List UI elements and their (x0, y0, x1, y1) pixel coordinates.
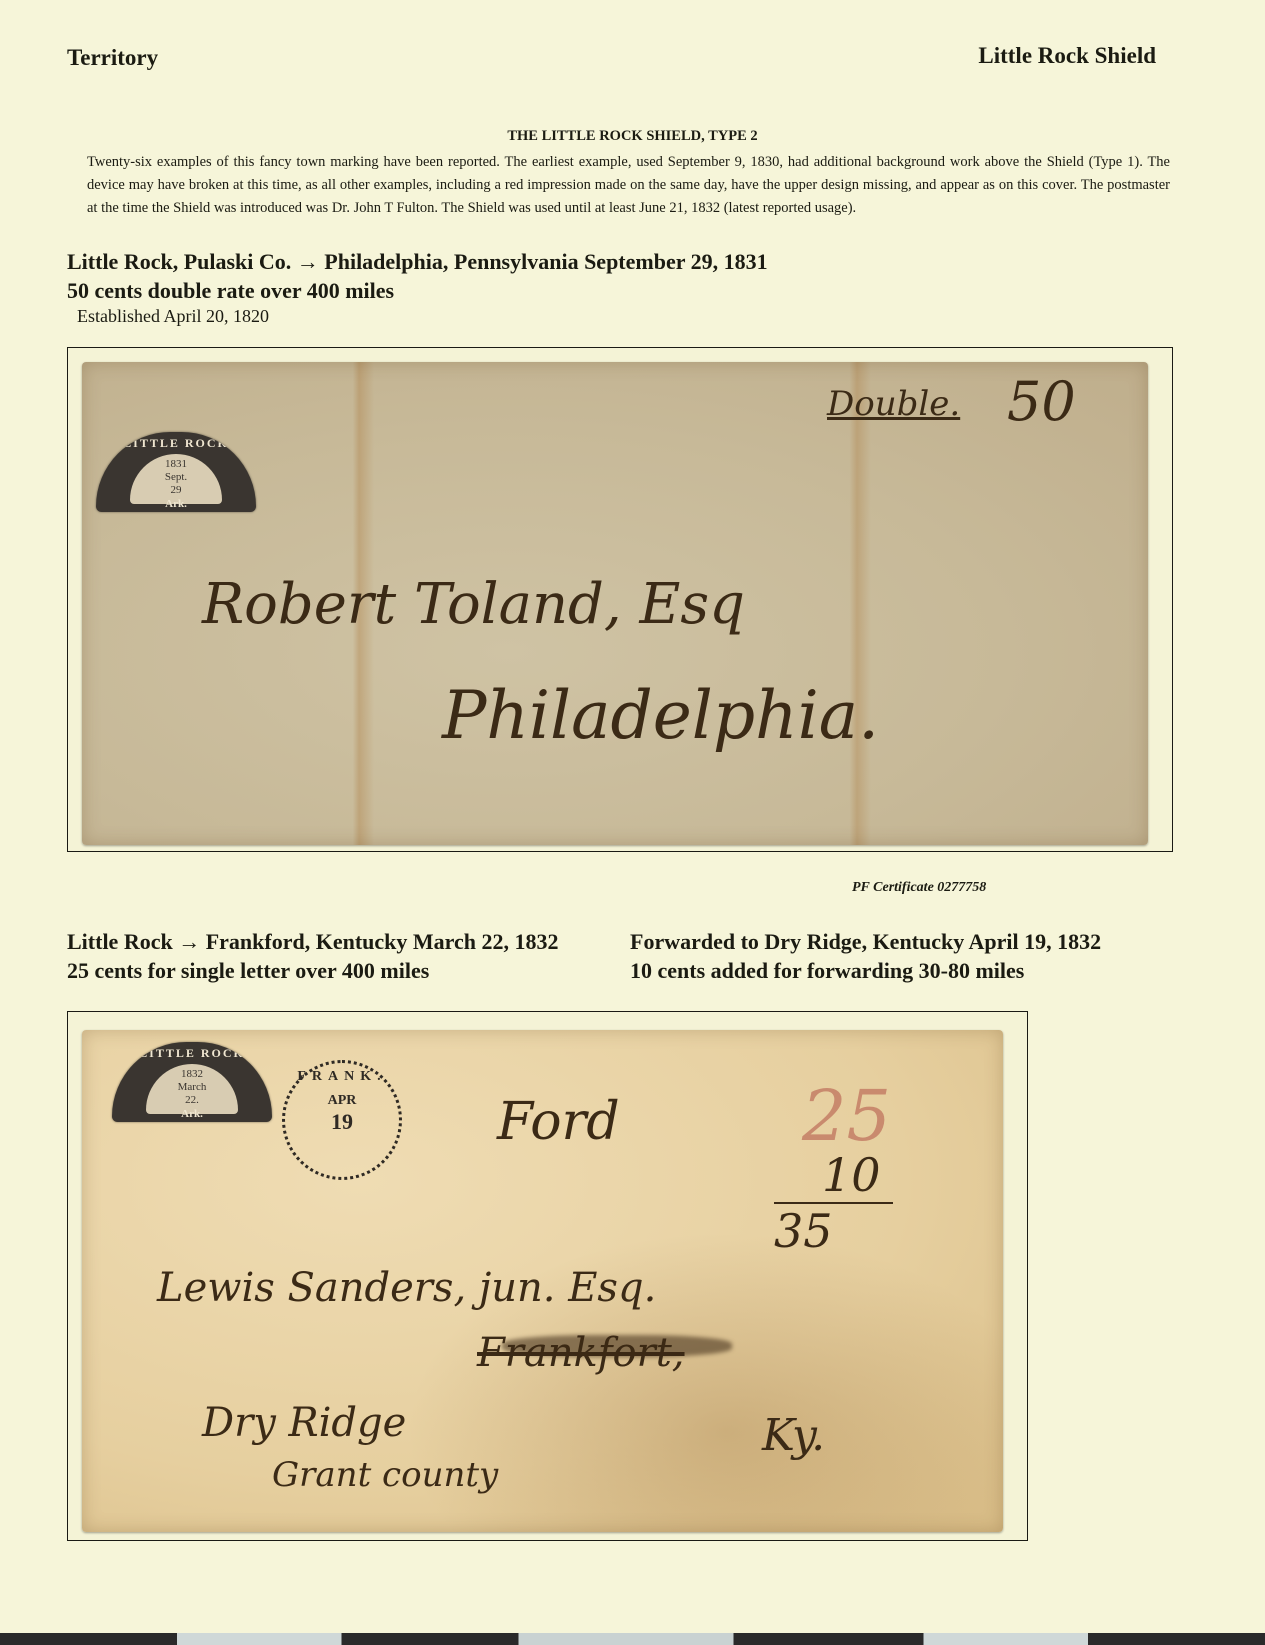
header-territory: Territory (67, 45, 158, 71)
pf-certificate: PF Certificate 0277758 (852, 880, 986, 896)
header-little-rock-shield: Little Rock Shield (978, 43, 1156, 69)
cover1-heading: Little Rock, Pulaski Co. → Philadelphia,… (67, 248, 768, 276)
manuscript-rate-25-red: 25 (802, 1075, 891, 1157)
manuscript-rate-50: 50 (1007, 370, 1076, 433)
cover2-image: LITTLE ROCK 1832 March 22. Ark. FRANK. A… (82, 1030, 1003, 1532)
cover2-frame: LITTLE ROCK 1832 March 22. Ark. FRANK. A… (67, 1011, 1028, 1541)
cover2-heading-left: Little Rock → Frankford, Kentucky March … (67, 928, 559, 956)
address-recipient: Robert Toland, Esq (202, 572, 745, 637)
address-city: Philadelphia. (442, 677, 879, 754)
cover2-heading-right: Forwarded to Dry Ridge, Kentucky April 1… (630, 928, 1101, 956)
manuscript-rate-10: 10 (822, 1148, 881, 1202)
address-state: Ky. (762, 1410, 825, 1461)
cover2-rate-right: 10 cents added for forwarding 30-80 mile… (630, 957, 1024, 985)
cover1-rate: 50 cents double rate over 400 miles (67, 277, 394, 305)
scanner-edge-strip (0, 1633, 1265, 1645)
address-dry-ridge: Dry Ridge (202, 1400, 406, 1446)
cover1-established: Established April 20, 1820 (77, 306, 269, 327)
frankfort-cds-postmark-icon: FRANK. APR 19 (282, 1060, 402, 1180)
little-rock-shield-postmark-icon: LITTLE ROCK 1831 Sept. 29 Ark. (96, 432, 256, 512)
cover1-frame: LITTLE ROCK 1831 Sept. 29 Ark. Double. 5… (67, 347, 1173, 852)
cover1-image: LITTLE ROCK 1831 Sept. 29 Ark. Double. 5… (82, 362, 1148, 845)
double-rate-notation: Double. (827, 384, 960, 424)
ink-blot (502, 1335, 732, 1357)
page-title: THE LITTLE ROCK SHIELD, TYPE 2 (0, 128, 1265, 145)
little-rock-shield-postmark-icon: LITTLE ROCK 1832 March 22. Ark. (112, 1042, 272, 1122)
manuscript-rate-35: 35 (774, 1202, 893, 1258)
forwarded-notation: Ford (497, 1092, 620, 1152)
intro-paragraph: Twenty-six examples of this fancy town m… (87, 151, 1170, 220)
address-grant-county: Grant county (272, 1455, 498, 1495)
address-recipient: Lewis Sanders, jun. Esq. (157, 1265, 656, 1311)
cover2-rate-left: 25 cents for single letter over 400 mile… (67, 957, 429, 985)
